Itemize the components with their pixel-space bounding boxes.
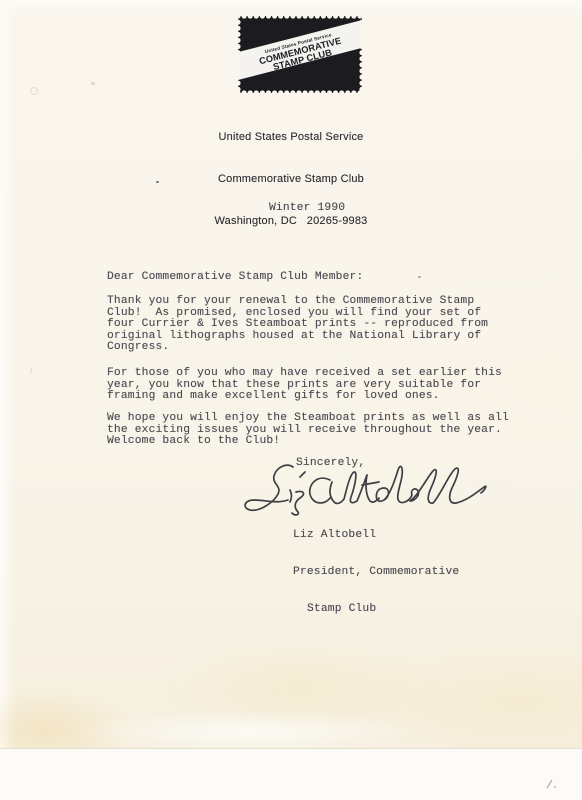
letterhead-address: United States Postal Service Commemorati… <box>0 102 582 256</box>
signature-title-line2: Stamp Club <box>293 603 459 615</box>
letter-date: Winter 1990 <box>269 203 345 215</box>
address-line-2: Commemorative Stamp Club <box>0 172 582 186</box>
signature-typed-name: Liz Altobell <box>293 529 459 541</box>
salutation: Dear Commemorative Stamp Club Member: <box>107 272 363 284</box>
scan-speck <box>418 276 421 278</box>
body-paragraph-3: We hope you will enjoy the Steamboat pri… <box>107 413 509 448</box>
signature-title-line1: President, Commemorative <box>293 566 459 578</box>
address-line-3: Washington, DC 20265-9983 <box>0 214 582 228</box>
signature-block: Liz Altobell President, Commemorative St… <box>293 505 459 639</box>
scan-speck <box>91 82 95 85</box>
letter-paper: United States Postal Service COMMEMORATI… <box>0 0 582 749</box>
stamp-club-logo: United States Postal Service COMMEMORATI… <box>238 16 362 93</box>
body-paragraph-1: Thank you for your renewal to the Commem… <box>107 296 488 354</box>
address-line-1: United States Postal Service <box>0 130 582 144</box>
scan-speck <box>24 366 32 375</box>
pencil-mark-bottom-right <box>544 777 560 791</box>
stamp-logo-svg: United States Postal Service COMMEMORATI… <box>238 16 362 93</box>
scan-speck <box>156 181 159 183</box>
scanned-letter-page: United States Postal Service COMMEMORATI… <box>0 0 582 800</box>
body-paragraph-2: For those of you who may have received a… <box>107 368 502 403</box>
scan-speck <box>30 87 38 95</box>
